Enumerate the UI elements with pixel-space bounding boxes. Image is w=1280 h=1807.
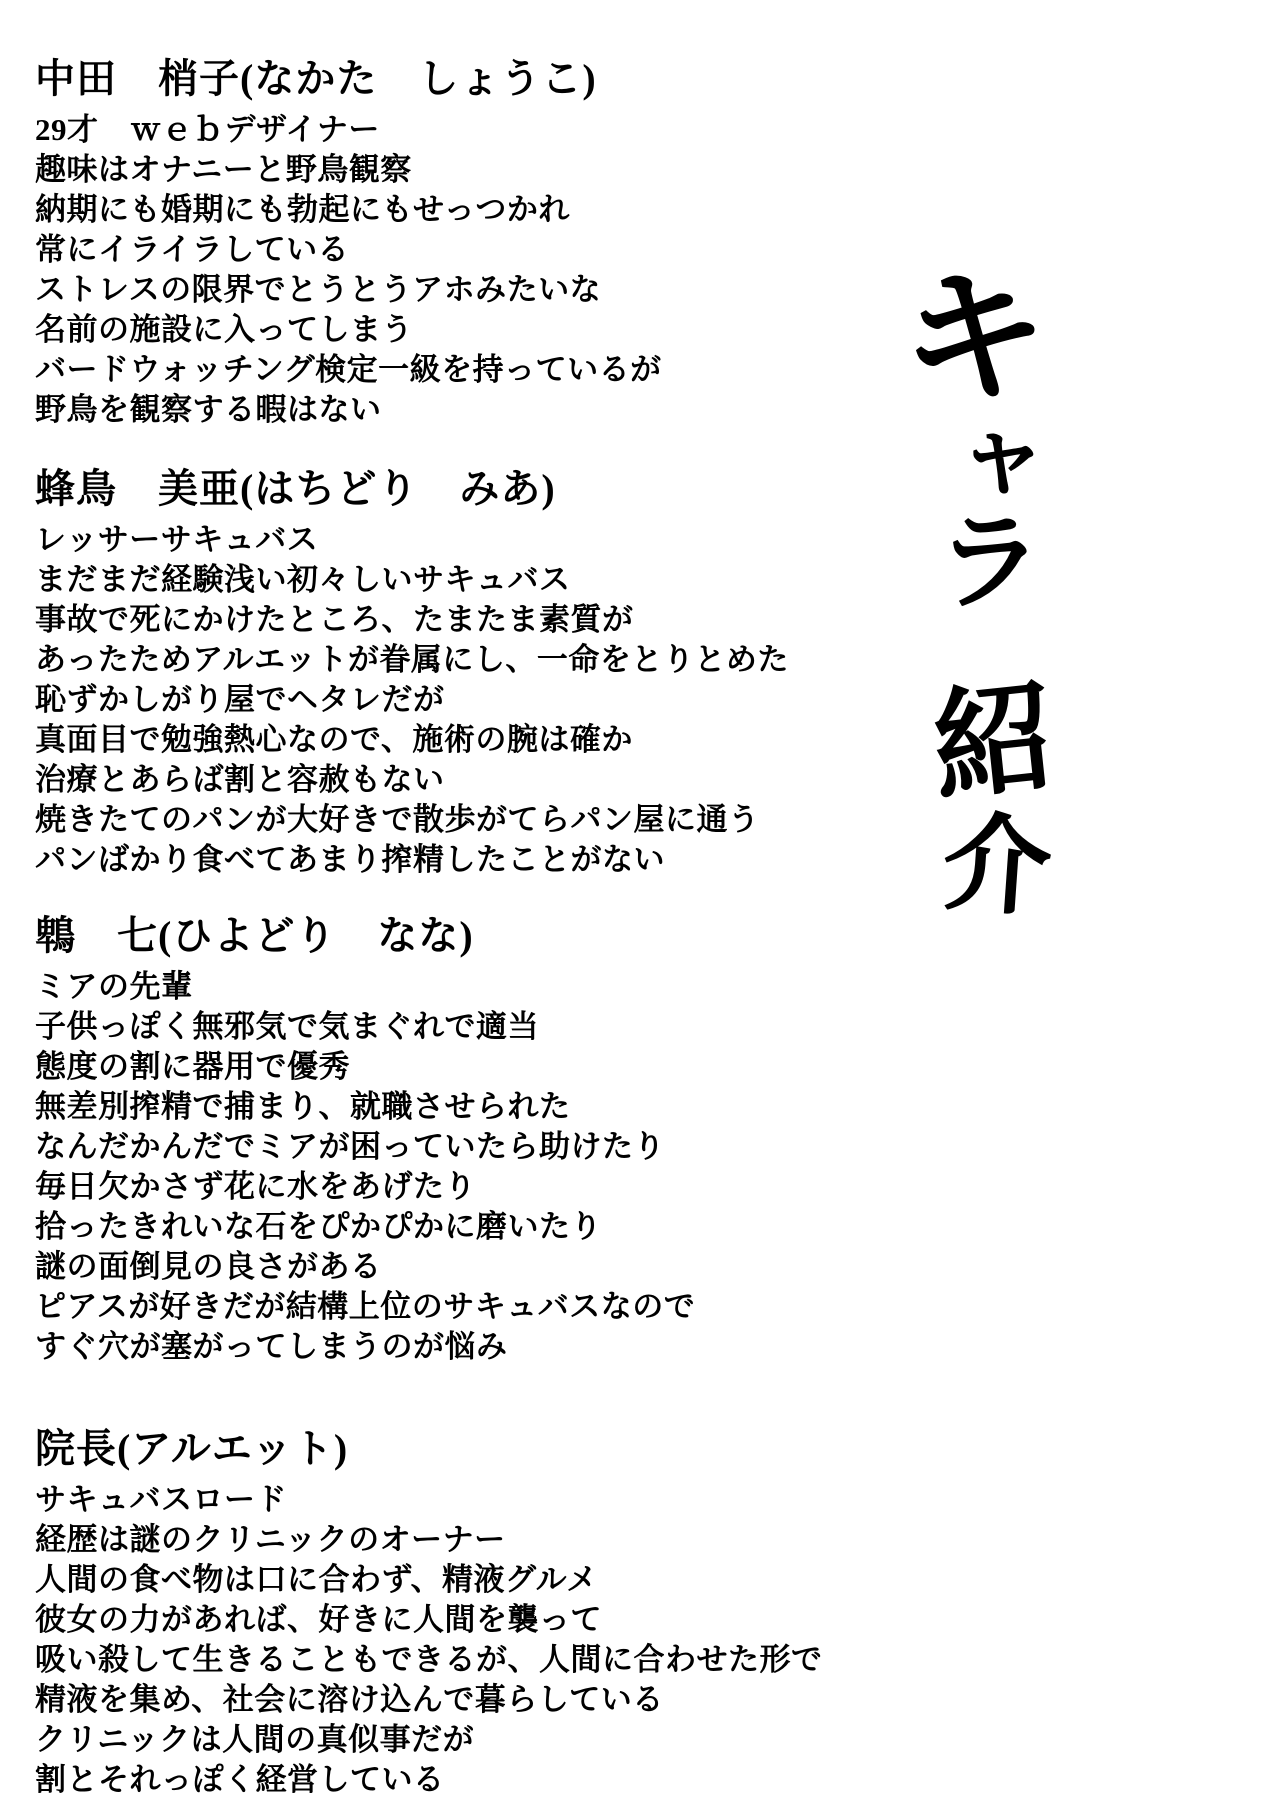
profile-line: 29才 ｗｅｂデザイナー xyxy=(35,110,795,150)
vertical-title-char: キ xyxy=(894,258,1052,419)
profile-line: 子供っぽく無邪気で気まぐれで適当 xyxy=(35,1007,795,1047)
profile-line: バードウォッチング検定一級を持っているが xyxy=(35,350,795,390)
profile-line: まだまだ経験浅い初々しいサキュバス xyxy=(35,560,795,600)
profile-line: 拾ったきれいな石をぴかぴかに磨いたり xyxy=(35,1207,795,1247)
character-section-hachidori-mia: 蜂鳥 美亜(はちどり みあ) レッサーサキュバス まだまだ経験浅い初々しいサキュ… xyxy=(35,465,795,880)
vertical-title-char: 介 xyxy=(940,808,1055,925)
profile-line: サキュバスロード xyxy=(35,1480,795,1520)
profile-line: 彼女の力があれば、好きに人間を襲って xyxy=(35,1600,795,1640)
character-name-heading: 鵯 七(ひよどり なな) xyxy=(35,912,795,960)
profile-line: 納期にも婚期にも勃起にもせっつかれ xyxy=(35,190,795,230)
character-section-hiyodori-nana: 鵯 七(ひよどり なな) ミアの先輩 子供っぽく無邪気で気まぐれで適当 態度の割… xyxy=(35,912,795,1367)
profile-line: あったためアルエットが眷属にし、一命をとりとめた xyxy=(35,640,795,680)
profile-line: 謎の面倒見の良さがある xyxy=(35,1247,795,1287)
character-section-director-alouette: 院長(アルエット) サキュバスロード 経歴は謎のクリニックのオーナー 人間の食べ… xyxy=(35,1425,795,1800)
profile-line: 焼きたてのパンが大好きで散歩がてらパン屋に通う xyxy=(35,800,795,840)
profile-line: 真面目で勉強熱心なので、施術の腕は確か xyxy=(35,720,795,760)
profile-line: 名前の施設に入ってしまう xyxy=(35,310,795,350)
profile-line: ストレスの限界でとうとうアホみたいな xyxy=(35,270,795,310)
profile-line: ミアの先輩 xyxy=(35,967,795,1007)
profile-line: 人間の食べ物は口に合わず、精液グルメ xyxy=(35,1560,795,1600)
character-intro-page: 中田 梢子(なかた しょうこ) 29才 ｗｅｂデザイナー 趣味はオナニーと野鳥観… xyxy=(0,0,1280,1807)
profile-line: パンばかり食べてあまり搾精したことがない xyxy=(35,840,795,880)
profile-line: 常にイライラしている xyxy=(35,230,795,270)
profile-line: 事故で死にかけたところ、たまたま素質が xyxy=(35,600,795,640)
character-name-heading: 中田 梢子(なかた しょうこ) xyxy=(35,55,795,103)
profile-line: 精液を集め、社会に溶け込んで暮らしている xyxy=(35,1680,795,1720)
vertical-title: キャラ紹介 xyxy=(895,262,1080,922)
profile-line: 割とそれっぽく経営している xyxy=(35,1760,795,1800)
character-name-heading: 蜂鳥 美亜(はちどり みあ) xyxy=(35,465,795,513)
profile-line: すぐ穴が塞がってしまうのが悩み xyxy=(35,1327,795,1367)
profile-line: 無差別搾精で捕まり、就職させられた xyxy=(35,1087,795,1127)
profile-line: 野鳥を観察する暇はない xyxy=(35,390,795,430)
profile-line: 態度の割に器用で優秀 xyxy=(35,1047,795,1087)
character-name-heading: 院長(アルエット) xyxy=(35,1425,795,1473)
profile-line: 趣味はオナニーと野鳥観察 xyxy=(35,150,795,190)
profile-line: レッサーサキュバス xyxy=(35,520,795,560)
profile-line: 吸い殺して生きることもできるが、人間に合わせた形で xyxy=(35,1640,795,1680)
vertical-title-char: 紹 xyxy=(926,674,1060,811)
vertical-title-char: ャ xyxy=(953,404,1054,507)
profile-line: クリニックは人間の真似事だが xyxy=(35,1720,795,1760)
profile-line: 恥ずかしがり屋でヘタレだが xyxy=(35,680,795,720)
profile-line: なんだかんだでミアが困っていたら助けたり xyxy=(35,1127,795,1167)
vertical-title-char: ラ xyxy=(934,507,1046,621)
profile-line: 毎日欠かさず花に水をあげたり xyxy=(35,1167,795,1207)
character-section-nakata-shoko: 中田 梢子(なかた しょうこ) 29才 ｗｅｂデザイナー 趣味はオナニーと野鳥観… xyxy=(35,55,795,430)
profile-line: 経歴は謎のクリニックのオーナー xyxy=(35,1520,795,1560)
profile-line: 治療とあらば割と容赦もない xyxy=(35,760,795,800)
profile-line: ピアスが好きだが結構上位のサキュバスなので xyxy=(35,1287,795,1327)
